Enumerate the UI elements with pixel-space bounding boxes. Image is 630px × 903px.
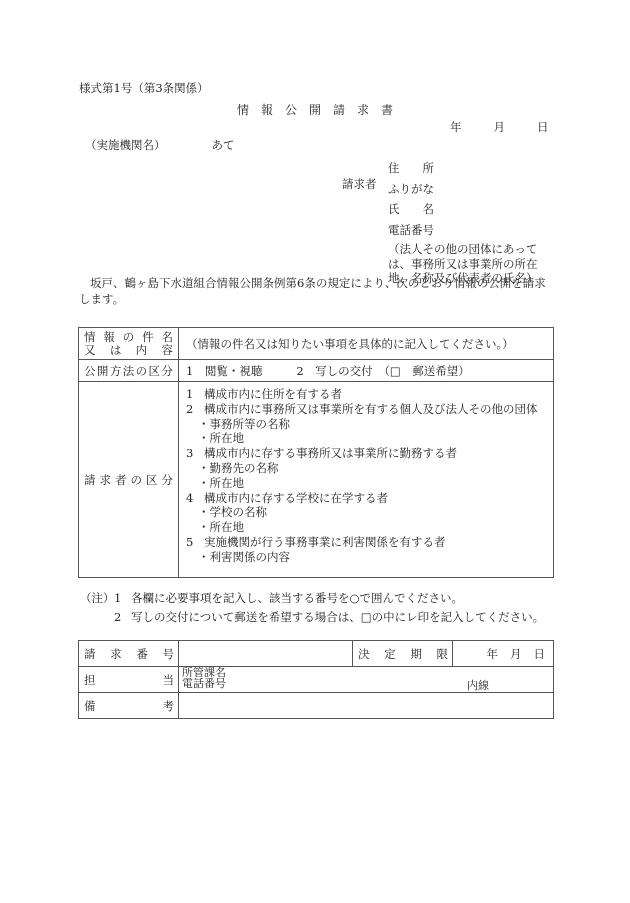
category-subitem: ・事務所等の名称 bbox=[186, 417, 553, 432]
note-line: は、事務所又は事業所の所在 bbox=[388, 257, 538, 272]
disclosure-method-label: 公開方法の区分 bbox=[79, 360, 179, 382]
remarks-label: 備考 bbox=[79, 693, 179, 719]
field-furigana: ふりがな bbox=[388, 179, 434, 200]
table-row: 請求番号 決定期限 年月日 bbox=[79, 641, 554, 667]
field-phone: 電話番号 bbox=[388, 220, 434, 241]
category-item[interactable]: 1構成市内に住所を有する者 bbox=[186, 387, 553, 402]
category-subitem: ・学校の名称 bbox=[186, 505, 553, 520]
category-subitem: ・勤務先の名称 bbox=[186, 461, 553, 476]
remarks-field[interactable] bbox=[179, 693, 554, 719]
document-title: 情報公開請求書 bbox=[0, 104, 630, 116]
requester-label: 請求者 bbox=[342, 179, 377, 191]
agency-name: （実施機関名） bbox=[85, 138, 166, 152]
addressee: （実施機関名）あて bbox=[85, 140, 235, 152]
requester-category-list: 1構成市内に住所を有する者 2構成市内に事務所又は事業所を有する個人及び法人その… bbox=[179, 382, 554, 578]
date-month: 月 bbox=[494, 122, 506, 134]
category-item[interactable]: 2構成市内に事務所又は事業所を有する個人及び法人その他の団体 bbox=[186, 402, 553, 417]
table-row: 担当 所管課名 電話番号 内線 bbox=[79, 667, 554, 693]
form-number: 様式第1号（第3条関係） bbox=[79, 83, 209, 95]
notes-head: （注） bbox=[80, 589, 114, 608]
note-line: （法人その他の団体にあって bbox=[388, 242, 538, 257]
category-item[interactable]: 5実施機関が行う事務事業に利害関係を有する者 bbox=[186, 535, 553, 550]
date-year: 年 bbox=[450, 122, 462, 134]
extension-label: 内線 bbox=[467, 680, 489, 691]
category-subitem: ・利害関係の内容 bbox=[186, 550, 553, 565]
person-in-charge-field[interactable]: 所管課名 電話番号 内線 bbox=[179, 667, 554, 693]
department-label: 所管課名 bbox=[182, 667, 553, 678]
option-copy[interactable]: 2 写しの交付 （□ 郵送希望） bbox=[296, 364, 469, 378]
note-item: 2写しの交付について郵送を希望する場合は、□の中にレ印を記入してください。 bbox=[80, 608, 544, 627]
phone-label: 電話番号 bbox=[182, 678, 553, 689]
table-row: 請求者の区分 1構成市内に住所を有する者 2構成市内に事務所又は事業所を有する個… bbox=[79, 382, 554, 578]
request-date: 年月日 bbox=[450, 122, 549, 134]
field-name: 氏 名 bbox=[388, 199, 434, 220]
category-item[interactable]: 4構成市内に存する学校に在学する者 bbox=[186, 491, 553, 506]
table-row: 公開方法の区分 1 閲覧・視聴2 写しの交付 （□ 郵送希望） bbox=[79, 360, 554, 382]
subject-field[interactable]: （情報の件名又は知りたい事項を具体的に記入してください。） bbox=[179, 328, 554, 360]
decision-deadline-label: 決定期限 bbox=[353, 641, 453, 667]
category-item[interactable]: 3構成市内に存する事務所又は事業所に勤務する者 bbox=[186, 446, 553, 461]
date-day: 日 bbox=[537, 122, 549, 134]
option-viewing[interactable]: 1 閲覧・視聴 bbox=[186, 364, 262, 378]
person-in-charge-label: 担当 bbox=[79, 667, 179, 693]
requester-category-label: 請求者の区分 bbox=[79, 382, 179, 578]
note-item: （注）1各欄に必要事項を記入し、該当する番号を○で囲んでください。 bbox=[80, 589, 544, 608]
notes: （注）1各欄に必要事項を記入し、該当する番号を○で囲んでください。 2写しの交付… bbox=[80, 589, 544, 627]
category-subitem: ・所在地 bbox=[186, 476, 553, 491]
requester-fields: 住 所 ふりがな 氏 名 電話番号 bbox=[388, 158, 434, 240]
office-use-table: 請求番号 決定期限 年月日 担当 所管課名 電話番号 内線 備考 bbox=[78, 640, 554, 719]
request-number-label: 請求番号 bbox=[79, 641, 179, 667]
field-address: 住 所 bbox=[388, 158, 434, 179]
table-row: 備考 bbox=[79, 693, 554, 719]
request-table: 情報の件名 又は内容 （情報の件名又は知りたい事項を具体的に記入してください。）… bbox=[78, 327, 554, 578]
request-number-field[interactable] bbox=[179, 641, 353, 667]
intro-text: 坂戸、鶴ヶ島下水道組合情報公開条例第6条の規定により、次のとおり情報の公開を請求… bbox=[79, 275, 555, 307]
subject-label: 情報の件名 又は内容 bbox=[79, 328, 179, 360]
category-subitem: ・所在地 bbox=[186, 520, 553, 535]
table-row: 情報の件名 又は内容 （情報の件名又は知りたい事項を具体的に記入してください。） bbox=[79, 328, 554, 360]
addressee-suffix: あて bbox=[212, 138, 235, 152]
decision-deadline-field[interactable]: 年月日 bbox=[453, 641, 554, 667]
category-subitem: ・所在地 bbox=[186, 431, 553, 446]
disclosure-method-options: 1 閲覧・視聴2 写しの交付 （□ 郵送希望） bbox=[179, 360, 554, 382]
